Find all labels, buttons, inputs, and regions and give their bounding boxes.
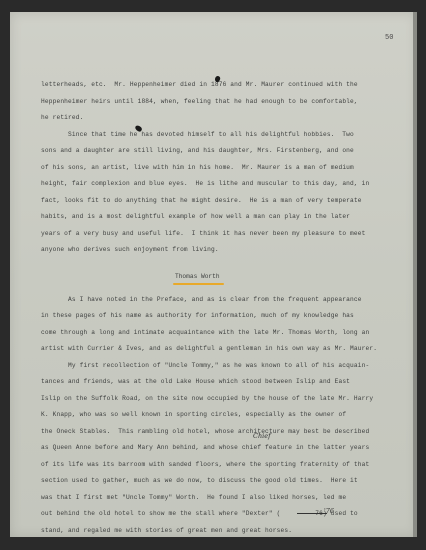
text-line: section used to gather, much as we do no… — [41, 477, 358, 484]
text-line: of its life was its barroom with sanded … — [41, 461, 369, 468]
text-line: K. Knapp, who was so well known in sport… — [41, 411, 346, 418]
text-line: Islip on the Suffolk Road, on the site n… — [41, 395, 373, 402]
text-line: in these pages of his name as authority … — [41, 312, 354, 319]
text-line: come through a long and intimate acquain… — [41, 329, 369, 336]
text-line: stand, and regaled me with stories of gr… — [41, 527, 292, 534]
text-line: My first recollection of "Uncle Tommy," … — [68, 362, 369, 369]
section-heading: Thomas Worth — [175, 273, 220, 280]
text-line: was that I first met "Uncle Tommy" Worth… — [41, 494, 346, 501]
text-line: letterheads, etc. Mr. Heppenheimer died … — [41, 81, 358, 88]
text-line: habits, and is a most delightful example… — [41, 213, 350, 220]
text-line: of his sons, an artist, live with him in… — [41, 164, 354, 171]
document-page: 50 letterheads, etc. Mr. Heppenheimer di… — [10, 12, 417, 537]
text-line: anyone who derives such enjoyment from l… — [41, 246, 219, 253]
handwritten-year: '76 — [324, 507, 334, 515]
text-line: height, fair complexion and blue eyes. H… — [41, 180, 369, 187]
text-line: tances and friends, was at the old Lake … — [41, 378, 350, 385]
text-line: sons and a daughter are still living, an… — [41, 147, 354, 154]
text-line: he retired. — [41, 114, 84, 121]
text-line: years of a very busy and useful life. I … — [41, 230, 366, 237]
text-line: the Oneck Stables. This rambling old hot… — [41, 428, 369, 435]
text-line: As I have noted in the Preface, and as i… — [68, 296, 362, 303]
strikethrough — [297, 513, 327, 514]
heading-highlight — [173, 283, 224, 285]
text-line: Heppenheimer heirs until 1884, when, fee… — [41, 98, 358, 105]
handwritten-correction: Chief — [253, 432, 271, 440]
page-edge — [413, 12, 417, 537]
page-number: 50 — [385, 34, 393, 42]
text-line: fact, looks fit to do anything that he m… — [41, 197, 362, 204]
text-line: Since that time he has devoted himself t… — [68, 131, 354, 138]
text-line: as Queen Anne before and Mary Ann behind… — [41, 444, 369, 451]
text-line: artist with Currier & Ives, and as delig… — [41, 345, 377, 352]
